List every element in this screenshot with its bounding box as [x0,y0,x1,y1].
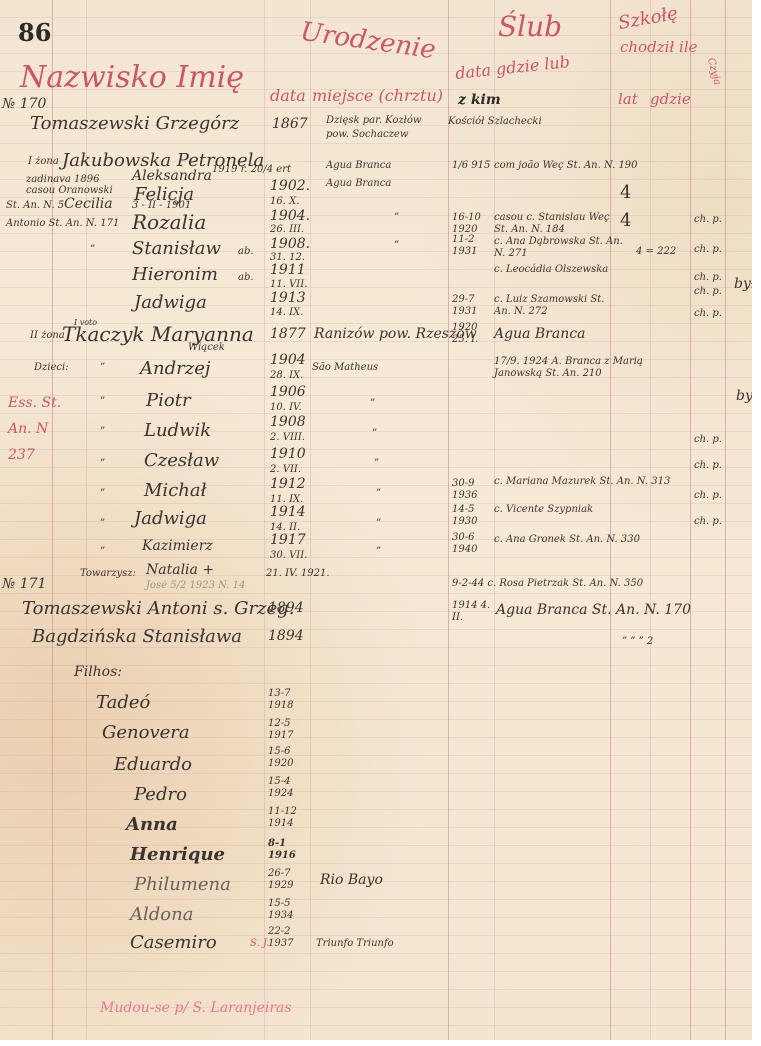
ledger-page: 86 Nazwisko Imię Urodzenie data miejsce … [0,0,752,1040]
entry-birth-date: 21. IV. 1921. [266,568,330,579]
column-rule [690,0,691,1040]
entry-birth-date-day: 2. VII. [270,464,301,475]
entry-prefix: ” [100,546,105,557]
margin-note: był [736,388,752,404]
header-school-attended: chodził ile [620,38,698,56]
header-birth-date: data [270,86,306,105]
entry-prefix: ” [100,518,105,529]
entry-marriage: com joão Weç St. An. N. 190 [494,160,638,171]
entry-marriage-date: 11-2 1931 [452,234,492,258]
column-rule [725,0,726,1040]
entry-marriage-date: 16-10 1920 [452,212,492,236]
entry-marriage: 17/9. 1924 A. Branca z Marią Janowską St… [494,356,694,380]
entry-marriage: ” ” ” 2 [622,636,653,647]
column-rule [448,0,449,1040]
column-rule [610,0,611,1040]
entry-name: Jadwiga [134,292,207,313]
entry-birth-date: 1904 [270,352,306,368]
entry-birth-date-day: 10. IV. [270,402,302,413]
entry-birth-place: Dzięsk par. Kozłów pow. Sochaczew [326,114,446,142]
child-name: Philumena [134,874,231,895]
entry-birth-place: São Matheus [312,362,378,373]
header-school-years: lat [618,90,638,108]
entry-birth-date: 1894 [268,628,304,644]
entry-prefix: ” [90,244,95,255]
entry-marriage: casou c. Stanislau Weç St. An. N. 184 [494,212,614,236]
child-name: Aldona [130,904,193,925]
child-date: 15-41924 [268,776,293,800]
header-school: Szkołę [617,3,680,34]
entry-note: Towarzysz: [80,568,136,579]
entry-marriage: c. Mariana Mazurek St. An. N. 313 [494,476,670,487]
entry-marriage: c. Leocádia Olszewska [494,264,608,275]
entry-birth-date: 1904. [270,208,310,224]
entry-birth-place: ” [374,458,379,469]
entry-birth-date: 1911 [270,262,306,278]
entry-marriage: Agua Branca [494,326,585,342]
entry-prefix: ” [100,426,105,437]
entry-school: ch. p. [694,214,722,225]
entry-marriage: Agua Branca St. An. N. 170 [496,602,691,618]
entry-marriage: c. Vicente Szypniak [494,504,593,515]
child-name: Genovera [102,722,190,743]
entry-birth-date: 1912 [270,476,306,492]
entry-birth-date-day: 28. IX. [270,370,303,381]
child-date: 22-21937 [268,926,293,950]
entry-birth-date: 1894 [268,600,304,616]
child-name: Anna [126,814,178,835]
entry-birth-date: 1908 [270,414,306,430]
child-date: 8-11916 [268,838,296,862]
entry-prefix: ” [100,362,105,373]
entry-birth-place: Agua Branca [326,178,391,189]
entry-note: II żona [30,330,65,341]
entry-note: I żona [28,156,59,167]
child-name: Pedro [134,784,187,805]
entry-count: 4 [620,182,631,203]
entry-name: Bagdzińska Stanisława [32,626,242,647]
child-name: Henrique [130,844,225,865]
entry-birth-date-day: 14. IX. [270,307,303,318]
child-date: 11-121914 [268,806,297,830]
entry-school: ch. p. [694,272,722,283]
entry-name: Natalia + [146,562,214,578]
page-number: 86 [18,18,51,47]
entry-birth-date: 1910 [270,446,306,462]
entry-count: 4 = 222 [636,246,676,257]
entry-date-inline: 1919 r. 20/4 ert [212,164,291,175]
entry-count: 4 [620,210,631,231]
entry-marriage-date: 29-7 1931 [452,294,492,318]
header-school-where: gdzie [650,90,691,108]
entry-birth-place: ” [376,518,381,529]
column-rule [650,0,651,1040]
header-school-extra: Czyja [705,57,723,87]
entry-school: ch. p. [694,434,722,445]
entry-sub-faint: José 5/2 1923 N. 14 [146,580,245,591]
child-place: Triunfo Triunfo [316,938,394,949]
entry-birth-date: 1867 [272,116,308,132]
entry-number: № 171 [2,576,46,592]
entry-marriage-date: 30-9 1936 [452,478,492,502]
margin-note: był [734,276,752,292]
entry-school: ch. p. [694,308,722,319]
entry-marriage-date: 14-5 1930 [452,504,492,528]
child-date: 15-51934 [268,898,293,922]
entry-marriage: c. Luiz Szamowski St. An. N. 272 [494,294,614,318]
child-date: 15-61920 [268,746,293,770]
entry-school: ch. p. [694,516,722,527]
entry-prefix: ” [100,488,105,499]
header-marriage-overwrite: z kim [458,92,501,108]
entry-note: Antonio St. An. N. 171 [6,218,119,229]
entry-birth-date-day: 30. VII. [270,550,307,561]
entry-birth-place: ” [394,240,399,251]
child-date: 26-71929 [268,868,293,892]
entry-marriage-date: 30-6 1940 [452,532,492,556]
entry-birth-date-day: 16. X. [270,196,299,207]
child-place: Rio Bayo [320,872,383,888]
entry-birth-place: Agua Branca [326,160,391,171]
footer-note: Mudou-se p/ S. Laranjeiras [100,1000,292,1016]
entry-name: Hieronim [132,264,218,285]
entry-birth-date: 1902. [270,178,310,194]
entry-birth-place: ” [376,488,381,499]
header-birth: Urodzenie [299,17,438,66]
column-rule [494,0,495,1040]
entry-name: Michał [144,480,206,501]
entry-birth-date: 1914 [270,504,306,520]
entry-name: Czesław [144,450,219,471]
entry-name: Andrzej [140,358,210,379]
entry-marriage: c. Ana Gronek St. An. N. 330 [494,534,640,545]
entry-note: St. An. N. 5 [6,200,64,211]
entry-birth-place: ” [372,428,377,439]
entry-name: Ludwik [144,420,211,441]
entry-birth-date-day: 2. VIII. [270,432,305,443]
entry-note: Dzieci: [34,362,69,373]
entry-school: ch. p. [694,286,722,297]
child-red-note: S. J. [250,938,269,949]
child-name: Casemiro [130,932,217,953]
entry-prefix: ” [100,458,105,469]
entry-birth-date: 1908. [270,236,310,252]
entry-birth-date: 1877 [270,326,306,342]
entry-name: Cecilia [64,196,113,212]
entry-marriage: 9-2-44 c. Rosa Pietrzak St. An. N. 350 [452,578,643,589]
entry-birth-date: 1913 [270,290,306,306]
entry-sub-name: Wiącek [188,342,225,353]
entry-name: Tomaszewski Grzegórz [30,113,239,134]
child-name: Eduardo [114,754,192,775]
entry-name: Jadwiga [134,508,207,529]
entry-name: Stanisław [132,238,221,259]
children-label: Filhos: [74,664,122,680]
entry-name: Rozalia [132,210,206,234]
entry-name: Tkaczyk Maryanna [62,322,254,346]
entry-prefix: ” [100,396,105,407]
entry-school: ch. p. [694,244,722,255]
entry-name: Piotr [146,390,191,411]
entry-name: Tomaszewski Antoni s. Grzeg. [22,598,294,619]
header-name-column: Nazwisko Imię [20,60,244,95]
entry-suffix: ab. [238,246,254,257]
child-name: Tadeó [96,692,150,713]
child-date: 12-51917 [268,718,293,742]
entry-note: zadinava 1896 casou Oranowski [26,174,116,196]
entry-marriage-date: 1920 25. I. [452,322,492,346]
entry-school: ch. p. [694,460,722,471]
header-birth-place: miejsce (chrztu) [312,86,443,105]
column-rule [310,0,311,1040]
entry-marriage: c. Ana Dąbrowska St. An. N. 271 [494,236,624,260]
entry-birth-date-day: 26. III. [270,224,304,235]
entry-birth-place: ” [394,212,399,223]
entry-birth-date: 1917 [270,532,306,548]
entry-suffix: ab. [238,272,254,283]
margin-note-red: Ess. St. An. N 237 [8,390,68,468]
entry-school: ch. p. [694,490,722,501]
entry-birth-place: ” [370,398,375,409]
child-date: 13-71918 [268,688,293,712]
entry-birth-place: ” [376,546,381,557]
entry-marriage-date: 1/6 915 [452,160,490,171]
entry-marriage-date: 1914 4. II. [452,600,492,624]
entry-marriage: Kościół Szlachecki [448,116,542,127]
entry-number: № 170 [2,96,46,112]
entry-name: Aleksandra [132,168,212,184]
entry-name: Kazimierz [142,538,213,554]
header-marriage-date-place: data gdzie lub [454,52,570,83]
header-marriage: Ślub [498,10,562,43]
entry-birth-date-day: 11. VII. [270,279,307,290]
entry-birth-date: 1906 [270,384,306,400]
